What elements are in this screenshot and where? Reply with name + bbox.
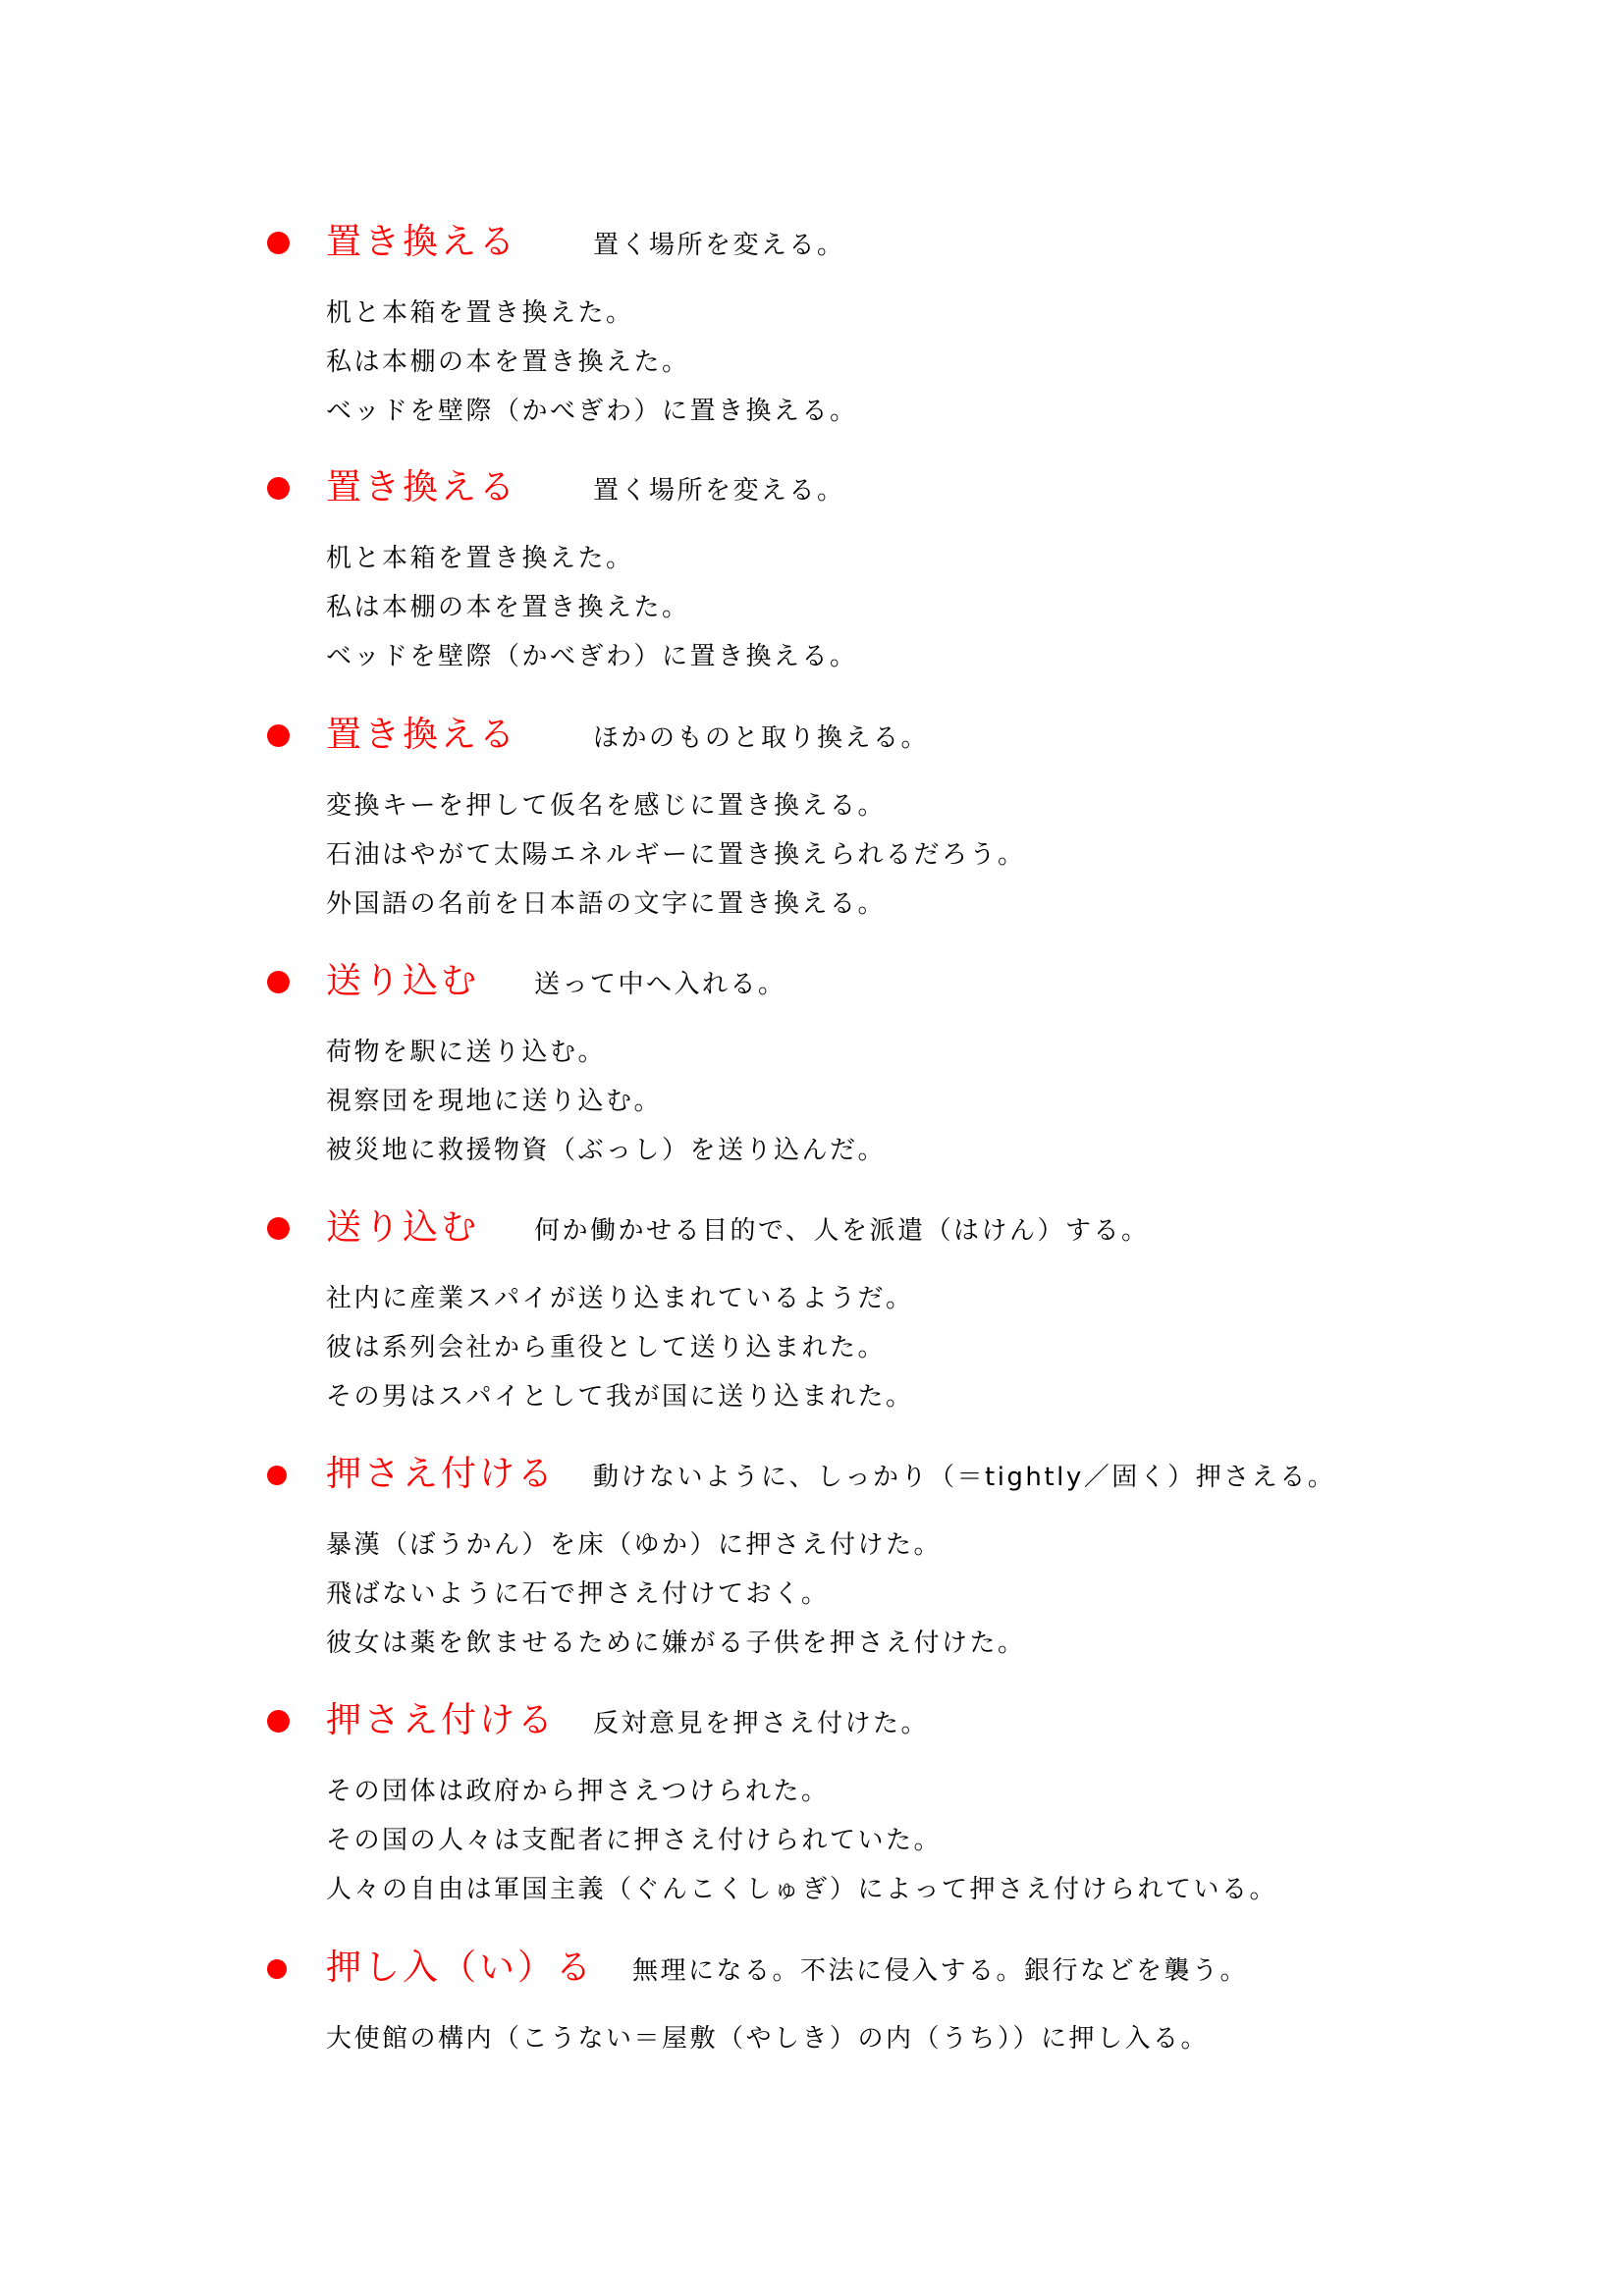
vocab-entry: 置き換える 置く場所を変える。 机と本箱を置き換えた。 私は本棚の本を置き換えた… (267, 463, 1445, 512)
entry-definition: 何か働かせる目的で、人を派遣（はけん）する。 (534, 1209, 1149, 1253)
entry-term: 送り込む (326, 957, 479, 1006)
entry-term: 押し入（い）る (326, 1944, 594, 1993)
example-sentence: 彼女は薬を飲ませるために嫌がる子供を押さえ付けた。 (326, 1619, 1026, 1668)
vocab-entry: 送り込む 送って中へ入れる。 荷物を駅に送り込む。 視察団を現地に送り込む。 被… (267, 957, 1445, 1006)
example-list: 机と本箱を置き換えた。 私は本棚の本を置き換えた。 ベッドを壁際（かべぎわ）に置… (326, 534, 858, 681)
example-sentence: 飛ばないように石で押さえ付けておく。 (326, 1570, 1026, 1619)
entry-definition: 反対意見を押さえ付けた。 (593, 1702, 929, 1745)
example-sentence: ベッドを壁際（かべぎわ）に置き換える。 (326, 387, 858, 436)
entry-definition: 置く場所を変える。 (593, 224, 845, 267)
vocab-entry: 押さえ付ける 動けないように、しっかり（＝tightly／固く）押さえる。 暴漢… (267, 1450, 1445, 1499)
example-sentence: 荷物を駅に送り込む。 (326, 1028, 886, 1077)
entry-heading: 押し入（い）る 無理になる。不法に侵入する。銀行などを襲う。 (267, 1944, 1445, 1993)
red-bullet-icon (267, 1217, 290, 1240)
vocab-entry: 押さえ付ける 反対意見を押さえ付けた。 その団体は政府から押さえつけられた。 そ… (267, 1696, 1445, 1745)
example-sentence: 私は本棚の本を置き換えた。 (326, 338, 858, 387)
example-sentence: 視察団を現地に送り込む。 (326, 1077, 886, 1126)
example-sentence: 人々の自由は軍国主義（ぐんこくしゅぎ）によって押さえ付けられている。 (326, 1865, 1277, 1914)
example-list: 変換キーを押して仮名を感じに置き換える。 石油はやがて太陽エネルギーに置き換えら… (326, 781, 1026, 929)
entry-heading: 置き換える 置く場所を変える。 (267, 463, 1445, 512)
entry-definition: 無理になる。不法に侵入する。銀行などを襲う。 (632, 1949, 1248, 1993)
entry-definition: 送って中へ入れる。 (534, 963, 786, 1006)
entry-definition: ほかのものと取り換える。 (593, 717, 929, 760)
entry-term: 置き換える (326, 463, 517, 512)
entry-term: 押さえ付ける (326, 1696, 556, 1745)
example-sentence: 彼は系列会社から重役として送り込まれた。 (326, 1323, 914, 1372)
example-sentence: その国の人々は支配者に押さえ付けられていた。 (326, 1816, 1277, 1865)
example-list: その団体は政府から押さえつけられた。 その国の人々は支配者に押さえ付けられていた… (326, 1767, 1277, 1914)
entry-definition: 動けないように、しっかり（＝tightly／固く）押さえる。 (593, 1456, 1335, 1499)
red-bullet-icon (267, 724, 290, 747)
vocab-entry: 押し入（い）る 無理になる。不法に侵入する。銀行などを襲う。 大使館の構内（こう… (267, 1944, 1445, 1993)
example-sentence: その男はスパイとして我が国に送り込まれた。 (326, 1372, 914, 1421)
red-bullet-icon (267, 477, 290, 500)
example-list: 社内に産業スパイが送り込まれているようだ。 彼は系列会社から重役として送り込まれ… (326, 1274, 914, 1421)
example-sentence: その団体は政府から押さえつけられた。 (326, 1767, 1277, 1816)
example-sentence: 私は本棚の本を置き換えた。 (326, 583, 858, 632)
example-sentence: 石油はやがて太陽エネルギーに置き換えられるだろう。 (326, 830, 1026, 880)
entry-heading: 置き換える 置く場所を変える。 (267, 218, 1445, 267)
example-sentence: 暴漢（ぼうかん）を床（ゆか）に押さえ付けた。 (326, 1521, 1026, 1570)
entry-heading: 送り込む 送って中へ入れる。 (267, 957, 1445, 1006)
vocab-entry: 置き換える ほかのものと取り換える。 変換キーを押して仮名を感じに置き換える。 … (267, 711, 1445, 760)
entry-heading: 押さえ付ける 動けないように、しっかり（＝tightly／固く）押さえる。 (267, 1450, 1445, 1499)
entry-term: 押さえ付ける (326, 1450, 556, 1499)
entry-term: 置き換える (326, 711, 517, 760)
red-bullet-icon (267, 1710, 290, 1733)
example-sentence: 変換キーを押して仮名を感じに置き換える。 (326, 781, 1026, 830)
entry-heading: 送り込む 何か働かせる目的で、人を派遣（はけん）する。 (267, 1203, 1445, 1253)
example-list: 机と本箱を置き換えた。 私は本棚の本を置き換えた。 ベッドを壁際（かべぎわ）に置… (326, 289, 858, 436)
entry-term: 送り込む (326, 1203, 479, 1253)
example-list: 荷物を駅に送り込む。 視察団を現地に送り込む。 被災地に救援物資（ぶっし）を送り… (326, 1028, 886, 1175)
entry-heading: 押さえ付ける 反対意見を押さえ付けた。 (267, 1696, 1445, 1745)
example-sentence: ベッドを壁際（かべぎわ）に置き換える。 (326, 632, 858, 681)
example-list: 暴漢（ぼうかん）を床（ゆか）に押さえ付けた。 飛ばないように石で押さえ付けておく… (326, 1521, 1026, 1668)
document-page: 置き換える 置く場所を変える。 机と本箱を置き換えた。 私は本棚の本を置き換えた… (0, 0, 1624, 2296)
red-bullet-icon (267, 1959, 287, 1979)
vocab-entry: 送り込む 何か働かせる目的で、人を派遣（はけん）する。 社内に産業スパイが送り込… (267, 1203, 1445, 1253)
example-sentence: 外国語の名前を日本語の文字に置き換える。 (326, 880, 1026, 929)
example-sentence: 机と本箱を置き換えた。 (326, 534, 858, 583)
entry-heading: 置き換える ほかのものと取り換える。 (267, 711, 1445, 760)
red-bullet-icon (267, 1466, 287, 1485)
vocab-entry: 置き換える 置く場所を変える。 机と本箱を置き換えた。 私は本棚の本を置き換えた… (267, 218, 1445, 267)
red-bullet-icon (267, 232, 290, 254)
red-bullet-icon (267, 971, 290, 993)
entry-term: 置き換える (326, 218, 517, 267)
example-sentence: 大使館の構内（こうない＝屋敷（やしき）の内（うち））に押し入る。 (326, 2014, 1209, 2063)
example-sentence: 社内に産業スパイが送り込まれているようだ。 (326, 1274, 914, 1323)
entry-definition: 置く場所を変える。 (593, 469, 845, 512)
example-list: 大使館の構内（こうない＝屋敷（やしき）の内（うち））に押し入る。 (326, 2014, 1209, 2063)
example-sentence: 被災地に救援物資（ぶっし）を送り込んだ。 (326, 1126, 886, 1175)
example-sentence: 机と本箱を置き換えた。 (326, 289, 858, 338)
